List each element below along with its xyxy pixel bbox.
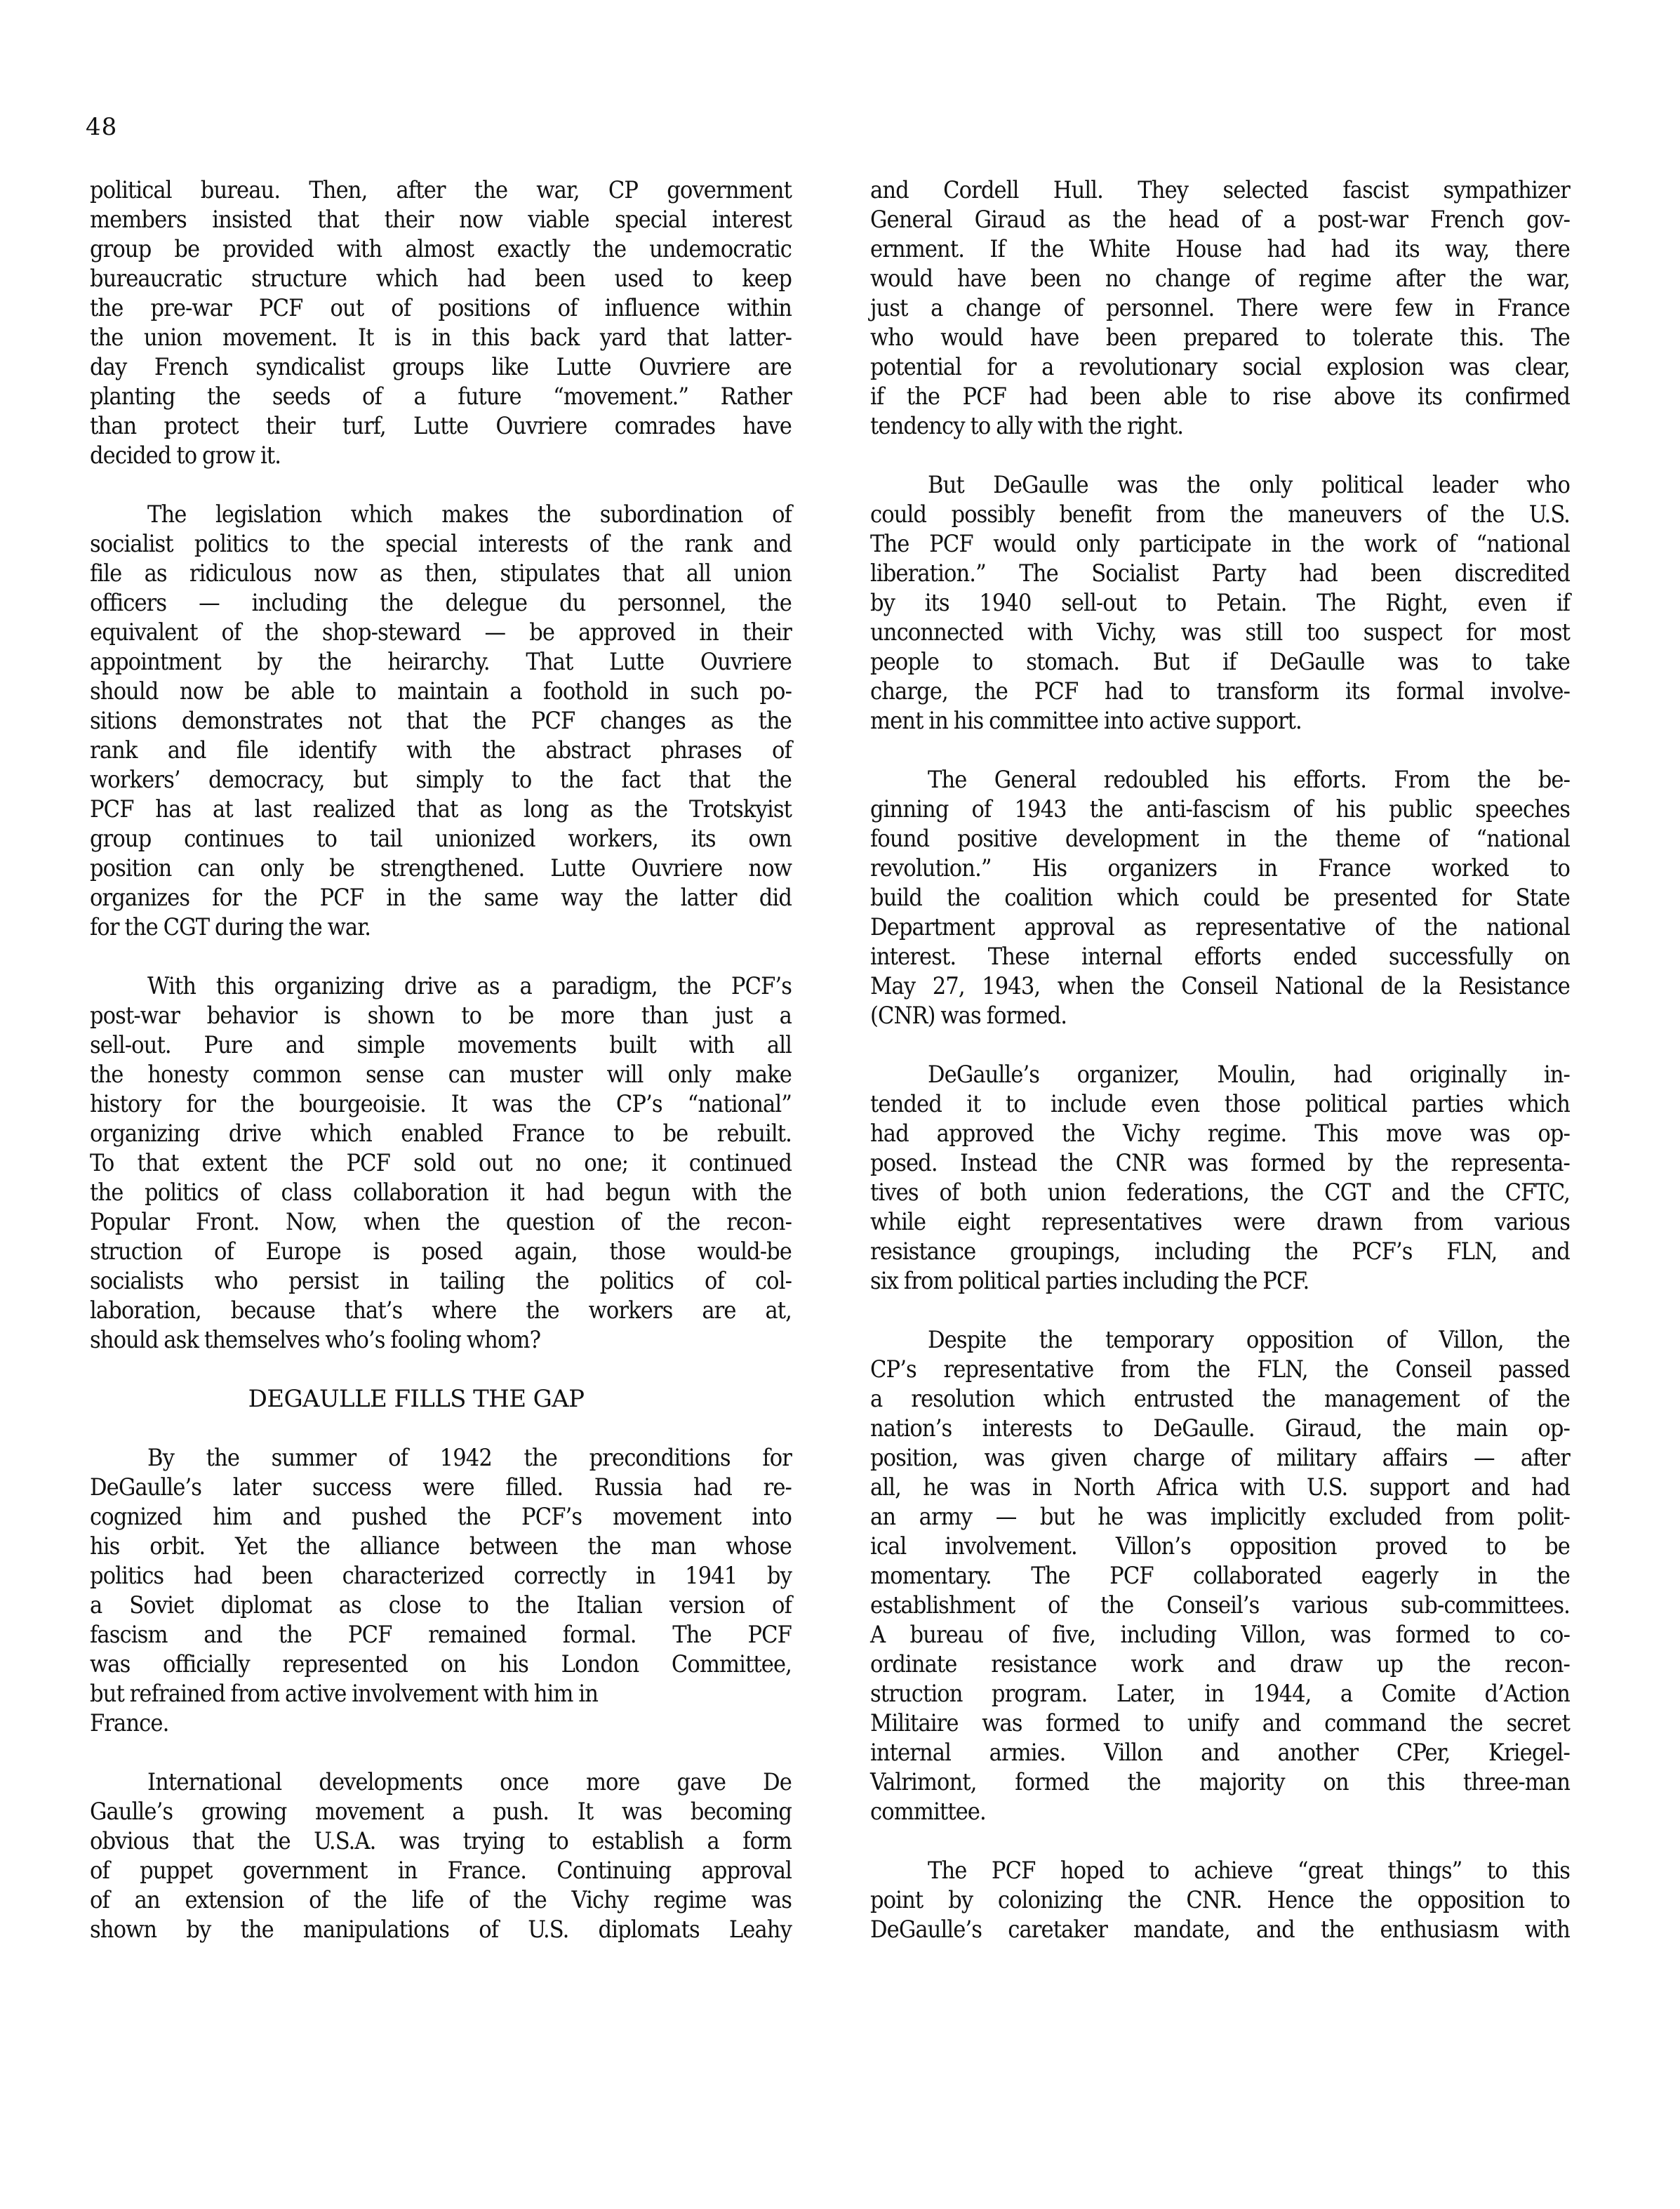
page-number: 48 — [86, 112, 117, 142]
text-line: International developments once more gav… — [90, 1767, 792, 1797]
text-line: By the summer of 1942 the preconditions … — [90, 1443, 792, 1473]
text-line: file as ridiculous now as then, stipulat… — [90, 559, 792, 588]
text-line: ment in his committee into active suppor… — [870, 706, 1570, 736]
text-line: ical involvement. Villon’s opposition pr… — [870, 1532, 1570, 1561]
text-line: establishment of the Conseil’s various s… — [870, 1591, 1570, 1620]
section-heading: DEGAULLE FILLS THE GAP — [90, 1384, 792, 1414]
paragraph: International developments once more gav… — [90, 1767, 792, 1944]
text-line: But DeGaulle was the only political lead… — [870, 470, 1570, 500]
text-line: if the PCF had been able to rise above i… — [870, 382, 1570, 411]
paragraph: But DeGaulle was the only political lead… — [870, 470, 1570, 736]
text-line: than protect their turf, Lutte Ouvriere … — [90, 411, 792, 441]
text-line: of puppet government in France. Continui… — [90, 1856, 792, 1885]
text-line: found positive development in the theme … — [870, 824, 1570, 854]
text-line: an army — but he was implicitly excluded… — [870, 1502, 1570, 1532]
text-line: sell-out. Pure and simple movements buil… — [90, 1030, 792, 1060]
text-line: charge, the PCF had to transform its for… — [870, 677, 1570, 706]
text-line: workers’ democracy, but simply to the fa… — [90, 765, 792, 795]
paragraph: The legislation which makes the subordin… — [90, 500, 792, 942]
text-line: To that extent the PCF sold out no one; … — [90, 1148, 792, 1178]
text-line: obvious that the U.S.A. was trying to es… — [90, 1826, 792, 1856]
text-line: The General redoubled his efforts. From … — [870, 765, 1570, 795]
text-line: equivalent of the shop-steward — be appr… — [90, 618, 792, 647]
text-line: the politics of class collaboration it h… — [90, 1178, 792, 1207]
text-line: May 27, 1943, when the Conseil National … — [870, 971, 1570, 1001]
paragraph: political bureau. Then, after the war, C… — [90, 175, 792, 470]
text-line: decided to grow it. — [90, 441, 792, 470]
left-column-paragraphs: political bureau. Then, after the war, C… — [90, 175, 792, 1355]
text-line: ginning of 1943 the anti-fascism of his … — [870, 795, 1570, 824]
text-line: could possibly benefit from the maneuver… — [870, 500, 1570, 529]
text-line: liberation.” The Socialist Party had bee… — [870, 559, 1570, 588]
text-line: the honesty common sense can muster will… — [90, 1060, 792, 1089]
text-line: tendency to ally with the right. — [870, 411, 1570, 441]
right-column: and Cordell Hull. They selected fascist … — [870, 175, 1570, 1974]
text-line: DeGaulle’s organizer, Moulin, had origin… — [870, 1060, 1570, 1089]
text-line: cognized him and pushed the PCF’s moveme… — [90, 1502, 792, 1532]
text-line: sitions demonstrates not that the PCF ch… — [90, 706, 792, 736]
text-line: members insisted that their now viable s… — [90, 205, 792, 234]
text-line: post-war behavior is shown to be more th… — [90, 1001, 792, 1030]
text-line: socialists who persist in tailing the po… — [90, 1266, 792, 1296]
text-line: CP’s representative from the FLN, the Co… — [870, 1355, 1570, 1384]
text-line: Despite the temporary opposition of Vill… — [870, 1325, 1570, 1355]
text-line: fascism and the PCF remained formal. The… — [90, 1620, 792, 1650]
text-line: ordinate resistance work and draw up the… — [870, 1650, 1570, 1679]
text-line: Valrimont, formed the majority on this t… — [870, 1767, 1570, 1797]
text-line: Gaulle’s growing movement a push. It was… — [90, 1797, 792, 1826]
text-line: just a change of personnel. There were f… — [870, 293, 1570, 323]
text-line: resistance groupings, including the PCF’… — [870, 1237, 1570, 1266]
text-line: of an extension of the life of the Vichy… — [90, 1885, 792, 1915]
text-line: should now be able to maintain a foothol… — [90, 677, 792, 706]
text-line: struction of Europe is posed again, thos… — [90, 1237, 792, 1266]
text-line: The PCF hoped to achieve “great things” … — [870, 1856, 1570, 1885]
text-line: unconnected with Vichy, was still too su… — [870, 618, 1570, 647]
text-line: PCF has at last realized that as long as… — [90, 795, 792, 824]
text-line: while eight representatives were drawn f… — [870, 1207, 1570, 1237]
paragraph: The General redoubled his efforts. From … — [870, 765, 1570, 1030]
text-line: people to stomach. But if DeGaulle was t… — [870, 647, 1570, 677]
text-line: the pre-war PCF out of positions of infl… — [90, 293, 792, 323]
text-line: With this organizing drive as a paradigm… — [90, 971, 792, 1001]
text-line: rank and file identify with the abstract… — [90, 736, 792, 765]
text-line: position, was given charge of military a… — [870, 1443, 1570, 1473]
text-line: the union movement. It is in this back y… — [90, 323, 792, 352]
paragraph: and Cordell Hull. They selected fascist … — [870, 175, 1570, 441]
text-line: shown by the manipulations of U.S. diplo… — [90, 1915, 792, 1944]
text-line: committee. — [870, 1797, 1570, 1826]
text-line: tives of both union federations, the CGT… — [870, 1178, 1570, 1207]
text-line: his orbit. Yet the alliance between the … — [90, 1532, 792, 1561]
text-line: officers — including the delegue du pers… — [90, 588, 792, 618]
text-line: six from political parties including the… — [870, 1266, 1570, 1296]
text-line: group be provided with almost exactly th… — [90, 234, 792, 264]
text-line: ernment. If the White House had had its … — [870, 234, 1570, 264]
text-line: tended it to include even those politica… — [870, 1089, 1570, 1119]
text-line: Department approval as representative of… — [870, 913, 1570, 942]
text-line: appointment by the heirarchy. That Lutte… — [90, 647, 792, 677]
text-line: a Soviet diplomat as close to the Italia… — [90, 1591, 792, 1620]
text-line: The PCF would only participate in the wo… — [870, 529, 1570, 559]
text-line: momentary. The PCF collaborated eagerly … — [870, 1561, 1570, 1591]
text-line: posed. Instead the CNR was formed by the… — [870, 1148, 1570, 1178]
text-line: bureaucratic structure which had been us… — [90, 264, 792, 293]
text-line: socialist politics to the special intere… — [90, 529, 792, 559]
text-line: position can only be strengthened. Lutte… — [90, 854, 792, 883]
text-line: build the coalition which could be prese… — [870, 883, 1570, 913]
text-line: should ask themselves who’s fooling whom… — [90, 1325, 792, 1355]
text-line: planting the seeds of a future “movement… — [90, 382, 792, 411]
text-line: General Giraud as the head of a post-war… — [870, 205, 1570, 234]
text-line: day French syndicalist groups like Lutte… — [90, 352, 792, 382]
text-line: DeGaulle’s later success were filled. Ru… — [90, 1473, 792, 1502]
text-line: politics had been characterized correctl… — [90, 1561, 792, 1591]
text-line: revolution.” His organizers in France wo… — [870, 854, 1570, 883]
text-line: organizes for the PCF in the same way th… — [90, 883, 792, 913]
text-line: a resolution which entrusted the managem… — [870, 1384, 1570, 1414]
paragraph: Despite the temporary opposition of Vill… — [870, 1325, 1570, 1826]
text-line: group continues to tail unionized worker… — [90, 824, 792, 854]
text-line: Popular Front. Now, when the question of… — [90, 1207, 792, 1237]
text-line: was officially represented on his London… — [90, 1650, 792, 1679]
text-line: but refrained from active involvement wi… — [90, 1679, 792, 1709]
left-column: political bureau. Then, after the war, C… — [90, 175, 792, 1974]
right-column-paragraphs: and Cordell Hull. They selected fascist … — [870, 175, 1570, 1944]
text-line: all, he was in North Africa with U.S. su… — [870, 1473, 1570, 1502]
text-line: Militaire was formed to unify and comman… — [870, 1709, 1570, 1738]
text-line: internal armies. Villon and another CPer… — [870, 1738, 1570, 1767]
text-line: laboration, because that’s where the wor… — [90, 1296, 792, 1325]
text-line: for the CGT during the war. — [90, 913, 792, 942]
paragraph: DeGaulle’s organizer, Moulin, had origin… — [870, 1060, 1570, 1296]
left-column-paragraphs-after-heading: By the summer of 1942 the preconditions … — [90, 1443, 792, 1944]
text-line: The legislation which makes the subordin… — [90, 500, 792, 529]
text-line: would have been no change of regime afte… — [870, 264, 1570, 293]
text-line: had approved the Vichy regime. This move… — [870, 1119, 1570, 1148]
paragraph: By the summer of 1942 the preconditions … — [90, 1443, 792, 1738]
text-line: potential for a revolutionary social exp… — [870, 352, 1570, 382]
text-line: point by colonizing the CNR. Hence the o… — [870, 1885, 1570, 1915]
text-line: political bureau. Then, after the war, C… — [90, 175, 792, 205]
text-line: who would have been prepared to tolerate… — [870, 323, 1570, 352]
text-line: and Cordell Hull. They selected fascist … — [870, 175, 1570, 205]
text-line: France. — [90, 1709, 792, 1738]
text-line: history for the bourgeoisie. It was the … — [90, 1089, 792, 1119]
text-line: organizing drive which enabled France to… — [90, 1119, 792, 1148]
text-line: DeGaulle’s caretaker mandate, and the en… — [870, 1915, 1570, 1944]
text-line: (CNR) was formed. — [870, 1001, 1570, 1030]
paragraph: With this organizing drive as a paradigm… — [90, 971, 792, 1355]
text-line: by its 1940 sell-out to Petain. The Righ… — [870, 588, 1570, 618]
text-line: interest. These internal efforts ended s… — [870, 942, 1570, 971]
paragraph: The PCF hoped to achieve “great things” … — [870, 1856, 1570, 1944]
text-line: A bureau of five, including Villon, was … — [870, 1620, 1570, 1650]
text-line: nation’s interests to DeGaulle. Giraud, … — [870, 1414, 1570, 1443]
text-line: struction program. Later, in 1944, a Com… — [870, 1679, 1570, 1709]
